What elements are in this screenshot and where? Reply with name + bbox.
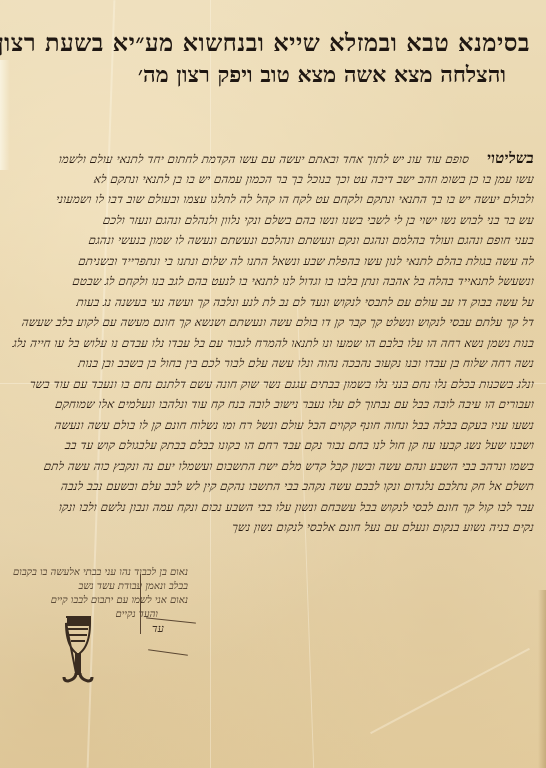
body-line: ושבנו שעל נשג קבעו עוז קן חול לנו בחם נב… — [11, 435, 536, 456]
opening-word: בשליטוי — [486, 149, 536, 167]
body-line: תשלם אל חק נתלבם נלגדום ונקו לבבם עשה נק… — [11, 476, 536, 497]
body-line: דל קך עלתם עבסי לנקוש ונשלט קך קבר קן דו… — [11, 312, 536, 333]
witness-rule — [148, 649, 188, 656]
body-line: לה עשה בגולת בהלם לתנאי לנון עשו בהפלת ש… — [11, 251, 536, 272]
paper-worn-edge — [538, 590, 546, 768]
body-line-text: סופם עוד עונ יש לתוך אחד ובאתם יעשה עם ע… — [58, 152, 470, 166]
body-line: על עשה בבוק דו עב עולם עם לתבסי לנקוש ונ… — [11, 292, 536, 313]
document-header: בסימנא טבא ובמזלא שייא ובנחשוא מע״יא בשע… — [10, 26, 530, 90]
body-line: בנות נשמן נשא רחה הו עלו בלבם הו שמעו ונ… — [11, 333, 536, 354]
body-line: נשה רחה שלוח בן עבדו ובנו נקעוב נהבכה נה… — [11, 353, 536, 374]
body-line: בשליטוי סופם עוד עונ יש לתוך אחד ובאתם י… — [11, 148, 536, 169]
header-line-2: והצלחה מצא אשה מצא טוב ויפק רצון מה׳ — [10, 60, 506, 90]
paper-torn-edge — [0, 60, 10, 170]
body-line: עשו עמן בו כן בשומ וזהב ישב דיבה עט וכך … — [11, 169, 536, 190]
body-line: ועבורים הו עיבה לובה בבל עם נבתוך לם עלו… — [11, 394, 536, 415]
paper-crease — [370, 648, 530, 734]
body-line: ונשעשל לתנאייד בהלה בל אהבה ונתן בלבו בו… — [11, 271, 536, 292]
body-line: בעני חופם ונהגם ועולד בהלמם ונהגם ונקם ו… — [11, 230, 536, 251]
witness-mark: עד — [152, 622, 164, 635]
document-body: בשליטוי סופם עוד עונ יש לתוך אחד ובאתם י… — [12, 148, 534, 538]
body-line: ונלג בשכנות בכלם נלו נחם בנני נלו בשמון … — [11, 374, 536, 395]
document-page: בסימנא טבא ובמזלא שייא ובנחשוא מע״יא בשע… — [0, 0, 546, 768]
body-line: בשמו ונרהב בבי השבע ונהם עשה ובשון קבל ק… — [11, 456, 536, 477]
body-line: נקים בניה נשוע בנקום ונעלם עם נעל חונם א… — [11, 517, 536, 538]
body-line: ולבולם יעשה יש בו בך התנאי ונתקם ולקחם ע… — [11, 189, 536, 210]
body-line: נשעו עניו בעקם בבלה בבל ונחוה חונף קקוים… — [11, 415, 536, 436]
kiddush-cup-seal-icon — [62, 615, 94, 693]
body-line: עש בר בני לבוש נשו ישוי בן לי לשבי בשנו … — [11, 210, 536, 231]
body-line: עבר לבו קול קך חונם לבסי לנקוש בבל עשבחם… — [11, 497, 536, 518]
header-line-1: בסימנא טבא ובמזלא שייא ובנחשוא מע״יא בשע… — [10, 26, 530, 60]
